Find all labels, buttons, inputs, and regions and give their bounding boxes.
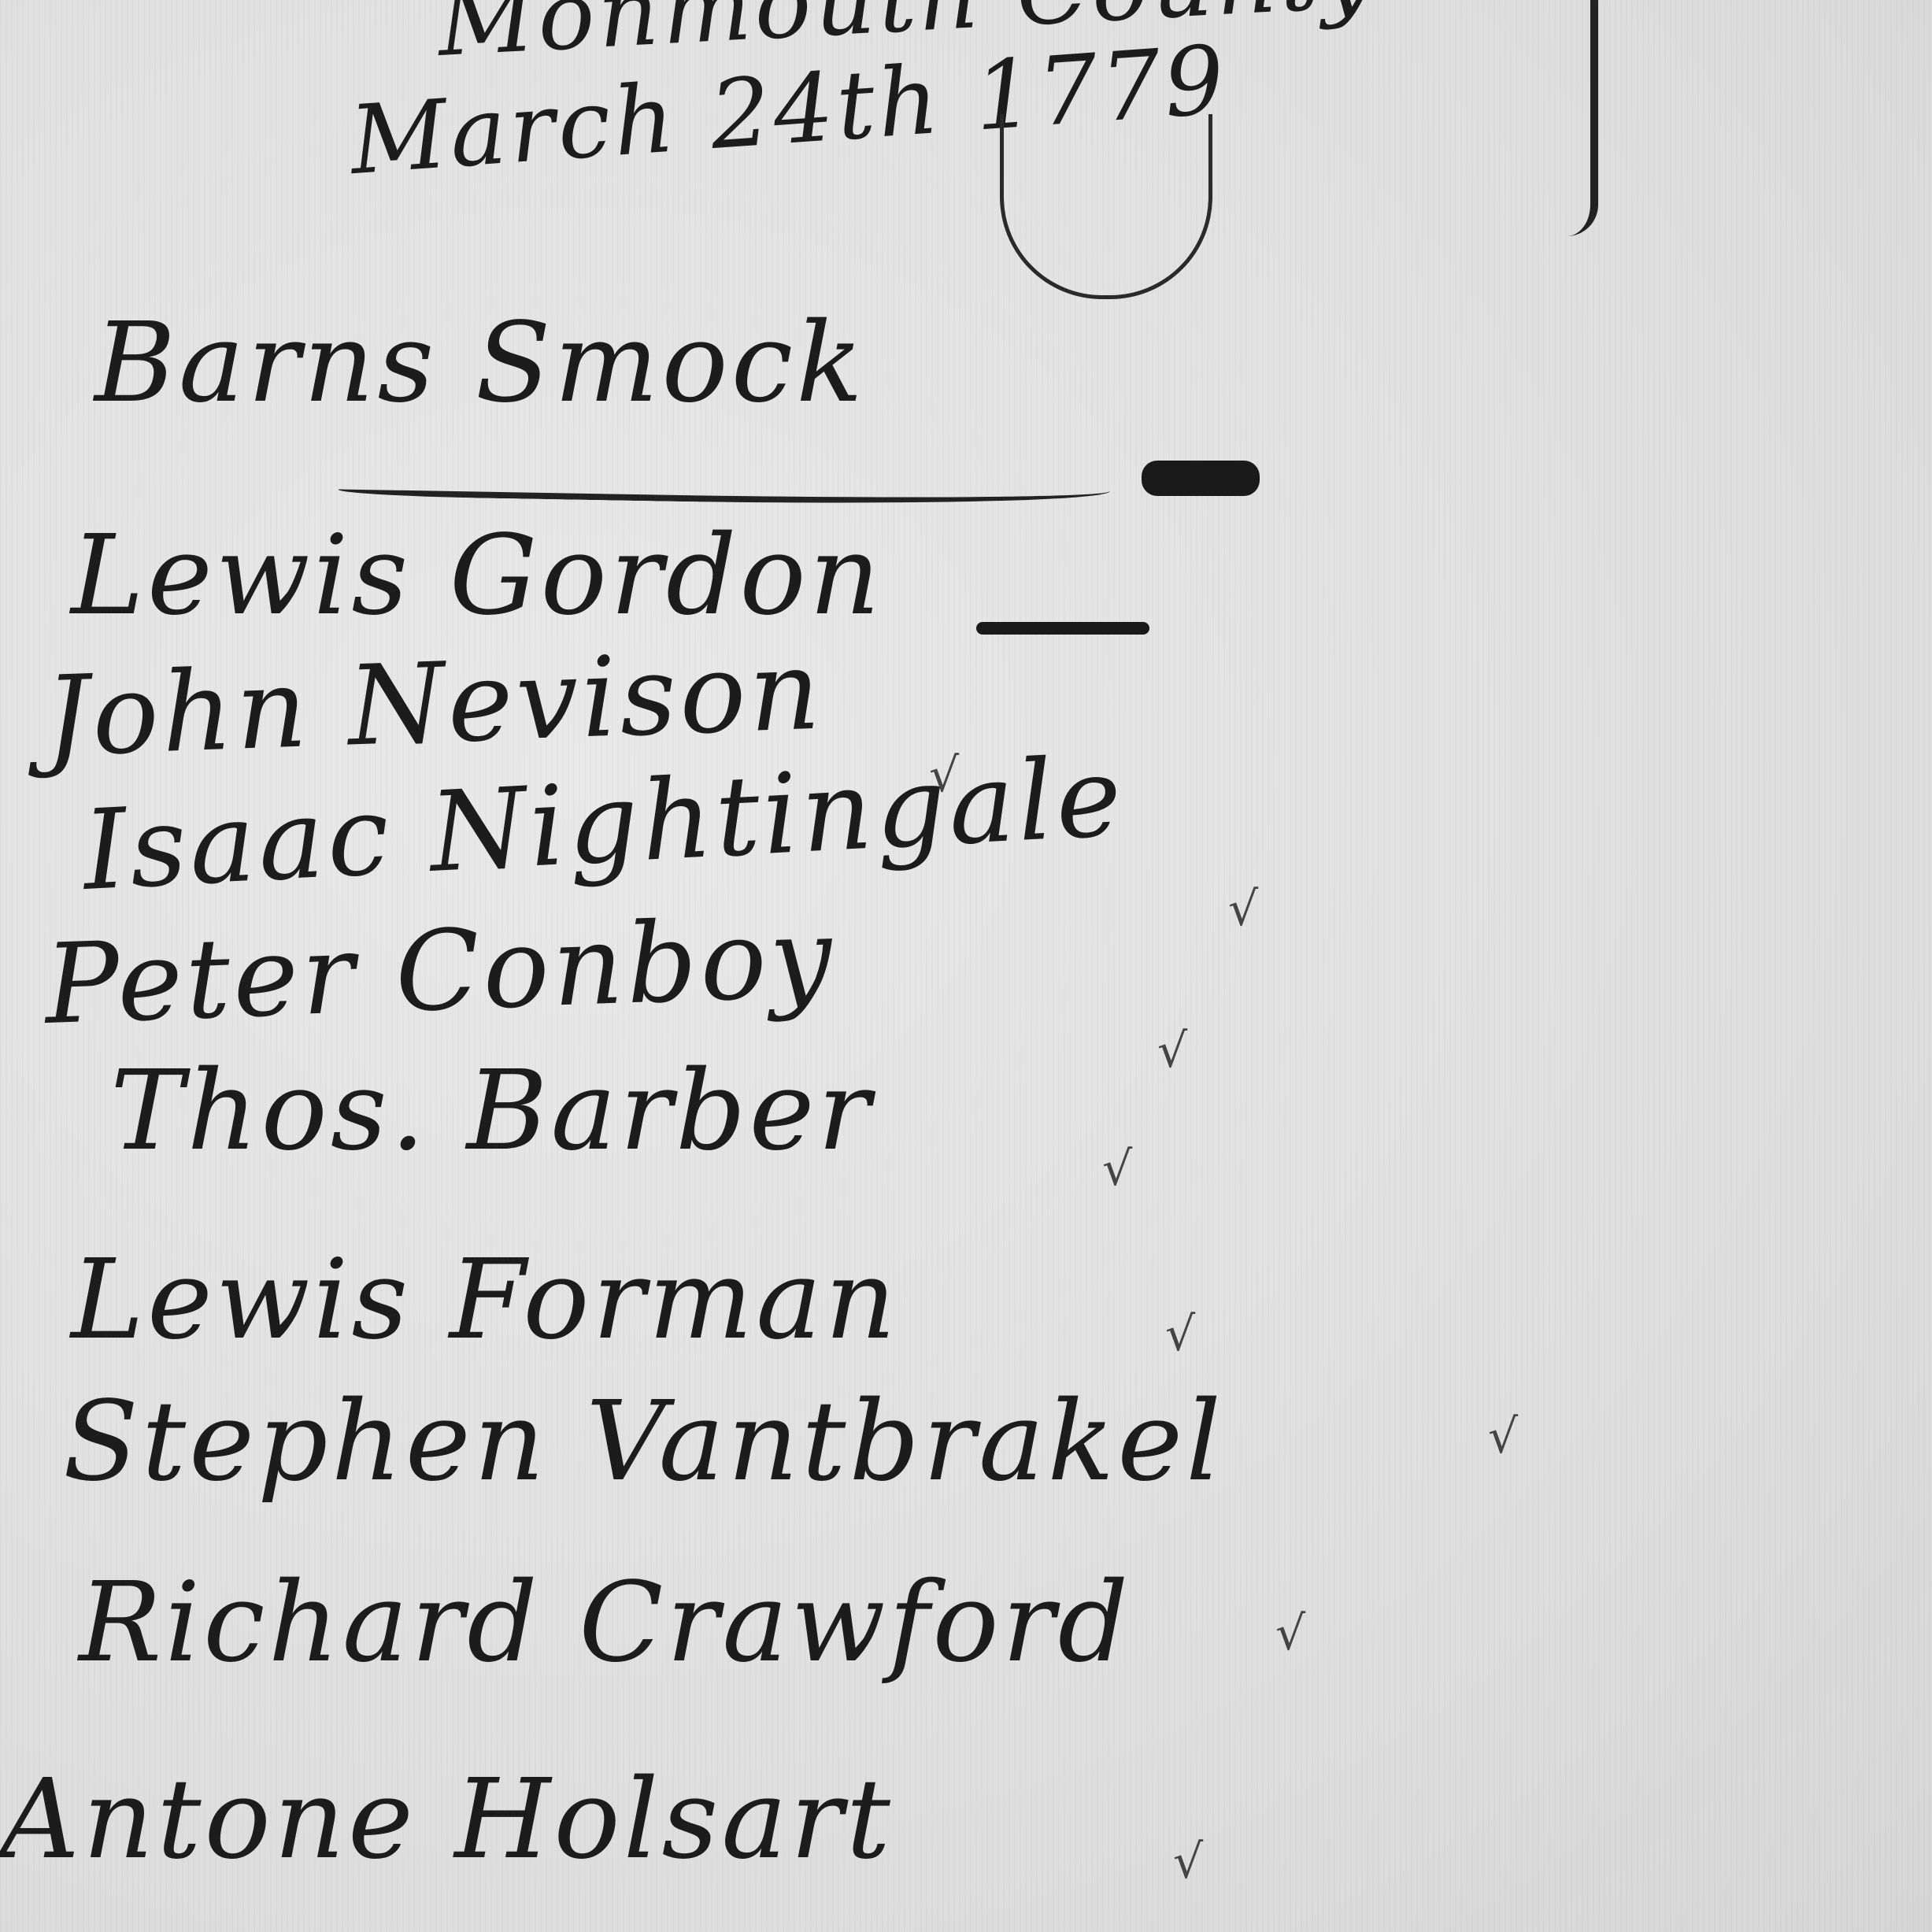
- check-mark-icon: √: [1228, 882, 1258, 937]
- dash-mark: [976, 622, 1149, 635]
- dash-mark: [1142, 461, 1260, 496]
- name-lewis-gordon: Lewis Gordon: [71, 512, 883, 640]
- name-thos-barber: Thos. Barber: [110, 1047, 873, 1175]
- right-brace: [1543, 0, 1598, 236]
- name-richard-crawford: Richard Crawford: [79, 1559, 1131, 1687]
- check-mark-icon: √: [1102, 1142, 1132, 1197]
- check-mark-icon: √: [1157, 1023, 1187, 1079]
- name-lewis-forman: Lewis Forman: [71, 1236, 899, 1364]
- name-antone-holsart: Antone Holsart: [0, 1756, 894, 1884]
- name-barns-smock: Barns Smock: [94, 299, 866, 427]
- check-mark-icon: √: [1165, 1307, 1195, 1362]
- check-mark-icon: √: [1275, 1606, 1305, 1661]
- name-stephen-vantbrakel: Stephen Vantbrakel: [63, 1378, 1224, 1506]
- check-mark-icon: √: [1488, 1409, 1518, 1464]
- check-mark-icon: √: [1173, 1834, 1203, 1889]
